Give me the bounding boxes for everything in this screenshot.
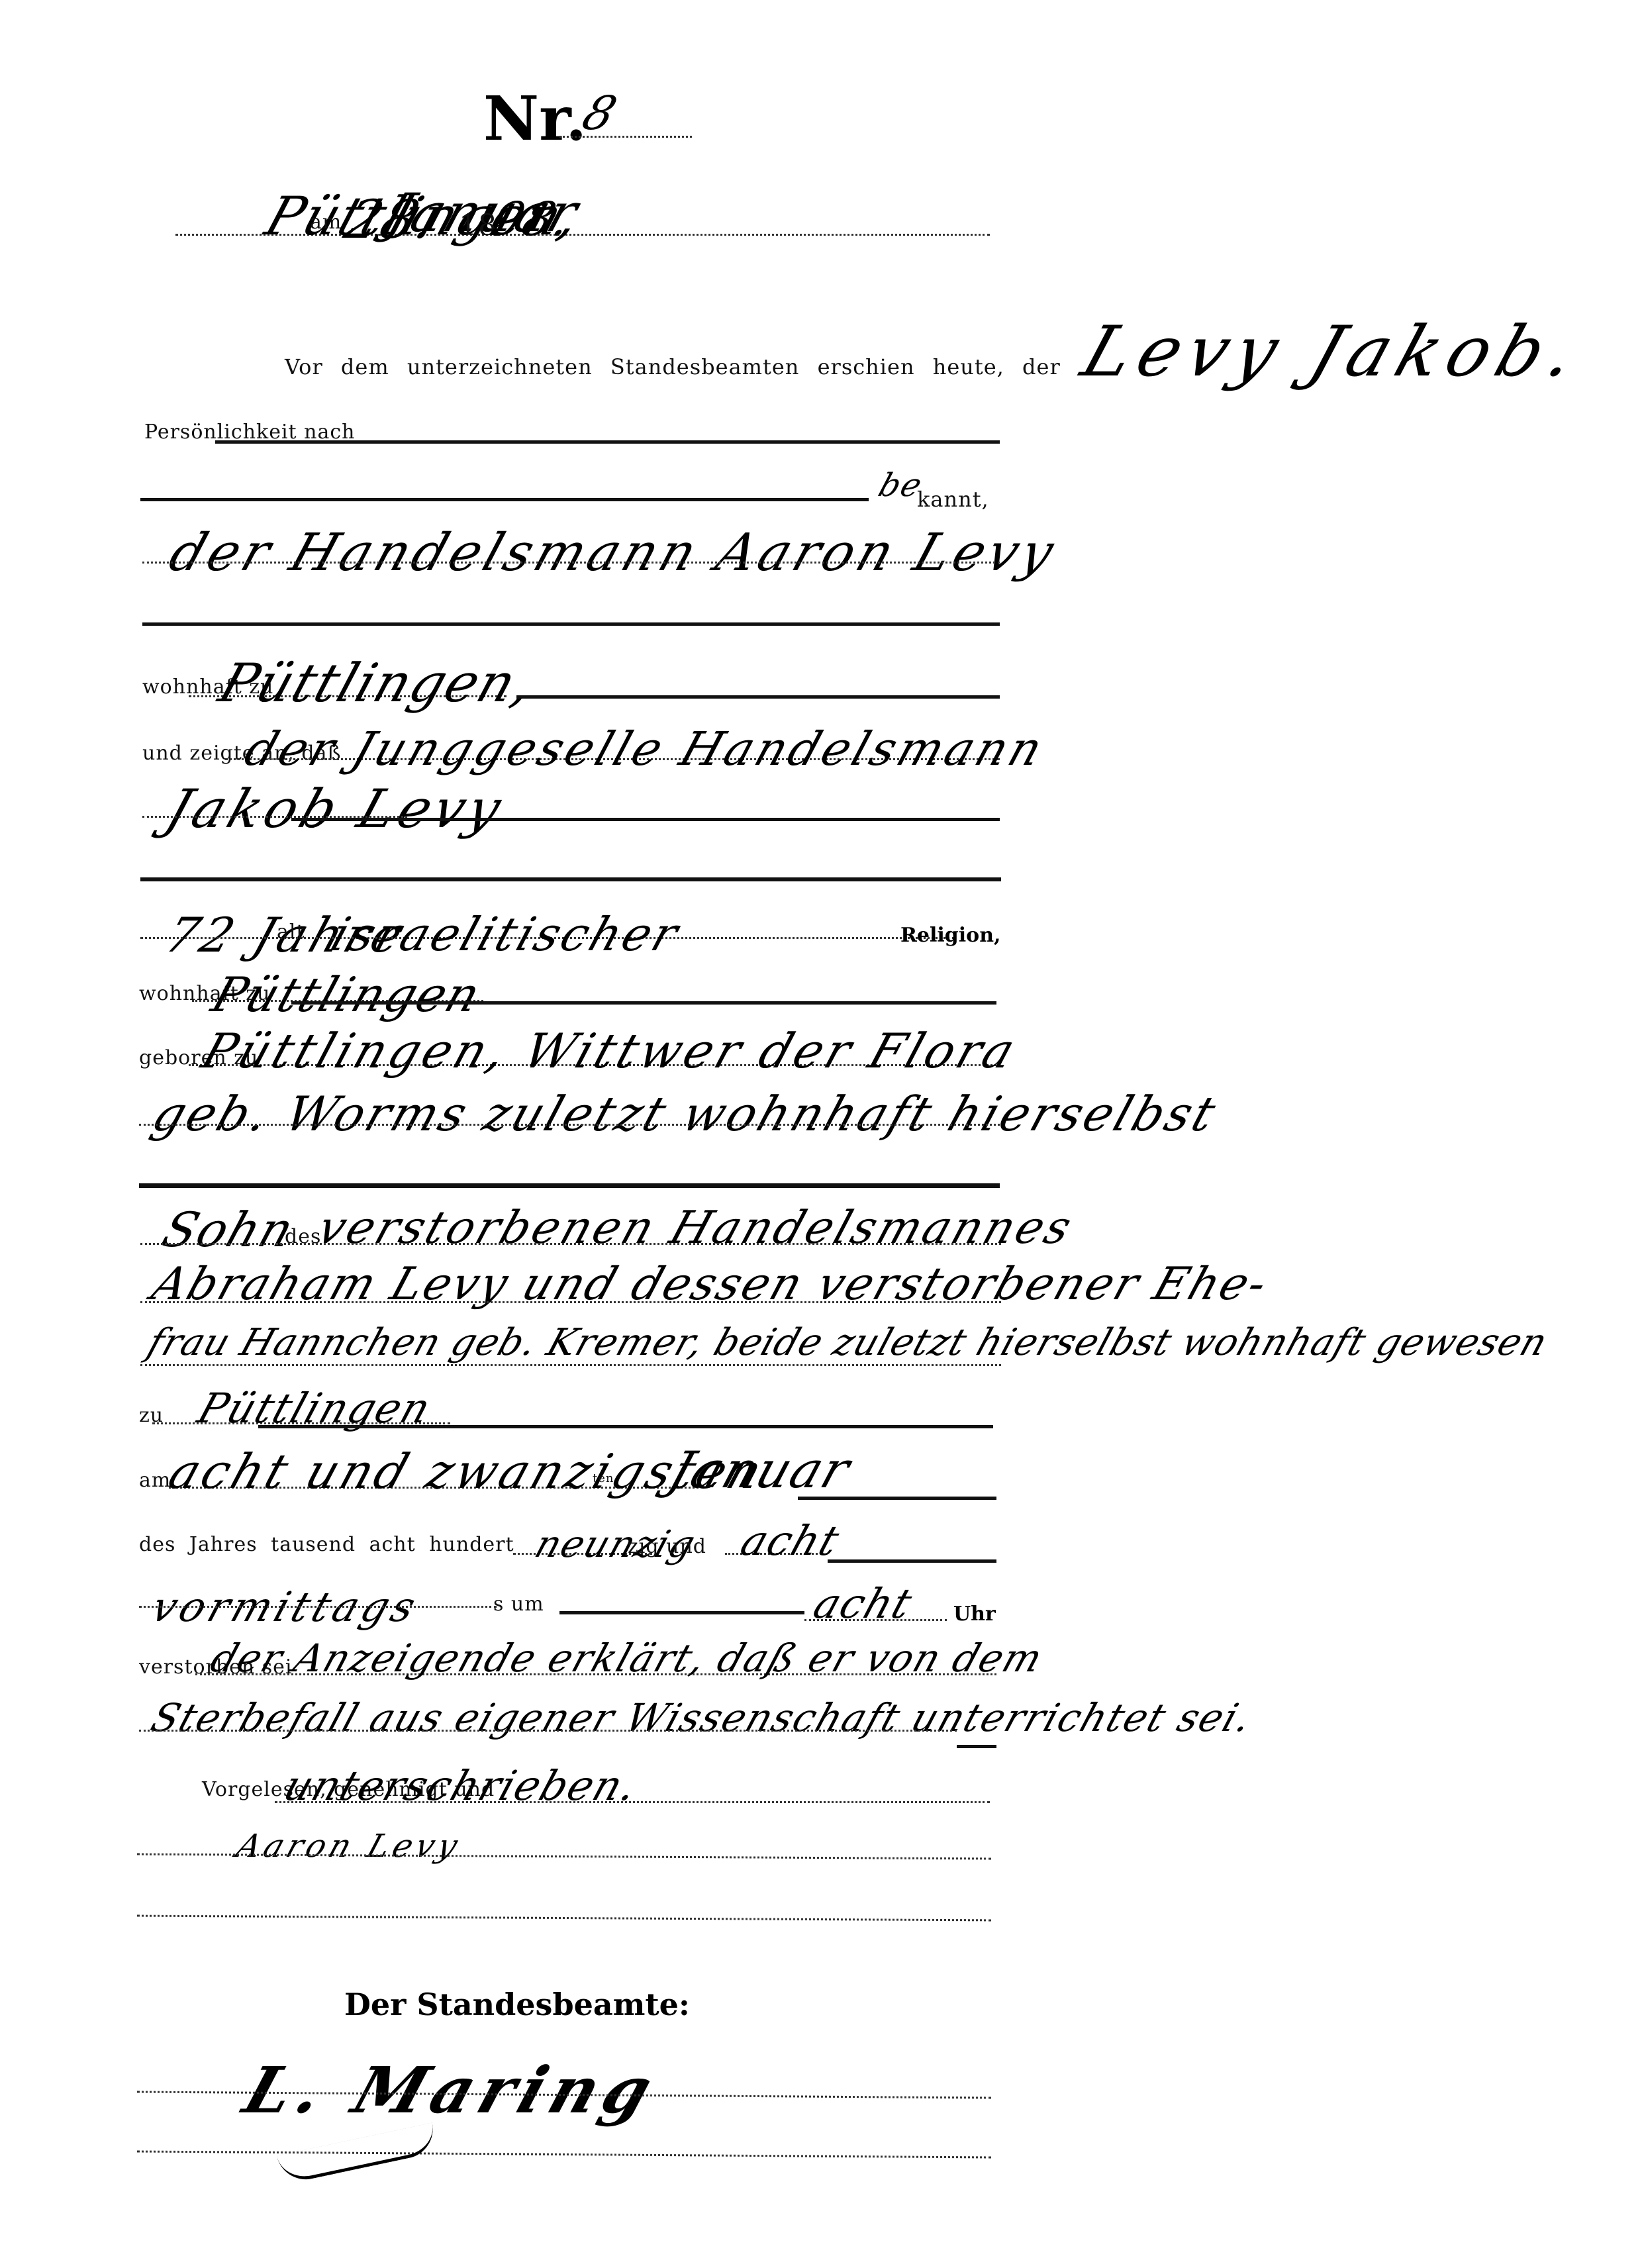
informant-signature: Aaron Levy [232,1828,466,1865]
death-place-rule [258,1425,993,1428]
hour-dot [804,1619,947,1621]
record-number-label: Nr. [483,83,587,154]
died-statement-1: der Anzeigende erklärt, daß er von dem [205,1636,1049,1681]
official-signature: L. Maring [235,2053,667,2128]
informant-name: der Handelsmann Aaron Levy [162,523,1065,583]
son-parent-line-3: frau Hannchen geb. Kremer, beide zuletzt… [142,1321,1553,1364]
religion-label: Religion, [900,924,1000,947]
record-number-line [559,136,692,138]
section-rule-1 [140,877,1001,881]
deceased-residence: Püttlingen [205,967,488,1022]
intro-text: Vor dem unterzeichneten Standesbeamten e… [285,354,1061,379]
born-line-2-text: geb. Worms zuletzt wohnhaft hierselbst [146,1086,1225,1142]
age-label: alt [277,920,305,944]
son-line-1 [140,1243,1001,1245]
son-line-3 [140,1364,1001,1366]
died-line-2 [139,1730,957,1732]
informant-line [142,562,1000,564]
death-day-suffix: ten [593,1471,614,1485]
year-rule [828,1559,996,1563]
register-page: Nr. 8 Püttlingen, am 28. Januar 18 98. L… [0,0,1642,2268]
year-units: acht [735,1516,846,1565]
deceased-residence-rule [291,1001,996,1005]
born-line-1-text: Püttlingen, Wittwer der Flora [195,1023,1025,1079]
year-zig-label: zig und [628,1535,706,1558]
personality-line [215,440,1000,444]
religion-value: israelitischer [324,907,687,961]
section-rule-2 [139,1183,1000,1188]
um-label: s um [493,1593,544,1616]
signature-flourish [277,2123,438,2185]
known-suffix: kannt, [917,487,989,512]
deceased-line-1: der Junggeselle Handelsmann [238,722,1052,776]
time-of-day-line [139,1606,497,1608]
born-line-2 [139,1124,1000,1126]
hour-rule [559,1611,804,1614]
son-parent-father-title: verstorbenen Handelsmannes [311,1202,1081,1254]
died-statement-2: Sterbefall aus eigener Wissenschaft unte… [146,1695,1259,1740]
son-text: Sohn [156,1202,302,1257]
read-approved-value: unterschrieben. [278,1761,644,1810]
margin-name-note: Levy Jakob. [1073,311,1594,392]
known-line [140,498,869,501]
death-month: Januar [662,1440,858,1499]
am-label: am [310,211,342,234]
hour-label: Uhr [953,1602,996,1626]
deceased-rule [291,818,1000,821]
residence-rule [516,695,1000,699]
official-signature-line-2 [137,2150,991,2158]
blank-line [137,1915,991,1922]
informant-rule [142,622,1000,626]
deceased-line-2: Jakob Levy [159,778,512,840]
official-title: Der Standesbeamte: [344,1987,690,2022]
informant-residence: Püttlingen, [212,652,543,714]
son-line-2 [140,1301,1001,1303]
year-phrase-label: des Jahres tausend acht hundert [139,1533,514,1556]
died-line-2-end [957,1745,996,1748]
death-date-rule [798,1497,996,1500]
